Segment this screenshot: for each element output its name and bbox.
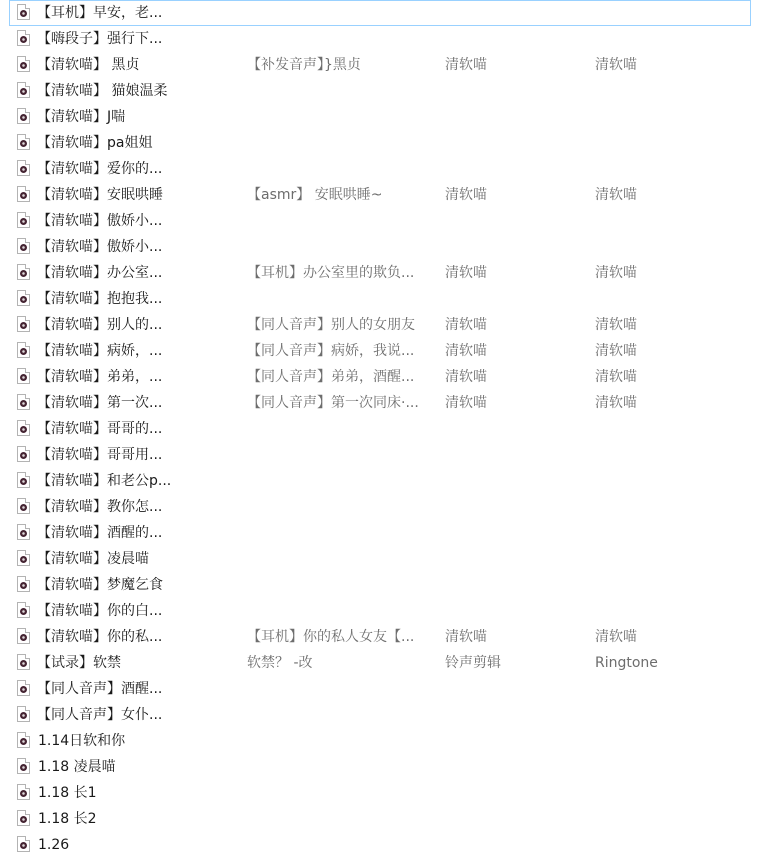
disc-icon <box>20 374 27 381</box>
file-row[interactable]: 【清软喵】你的私...【耳机】你的私人女友【...清软喵清软喵 <box>0 624 764 650</box>
file-name: 1.18 长2 <box>38 810 97 828</box>
file-row[interactable]: 【清软喵】酒醒的... <box>0 520 764 546</box>
audio-file-icon <box>17 394 30 410</box>
audio-file-icon <box>17 290 30 306</box>
file-name: 【清软喵】第一次... <box>37 394 162 412</box>
audio-file-icon <box>17 446 30 462</box>
file-row[interactable]: 【清软喵】傲娇小... <box>0 234 764 260</box>
file-name: 1.26 <box>38 836 69 854</box>
file-title: 软禁？ -改 <box>247 654 313 672</box>
file-row[interactable]: 【清软喵】傲娇小... <box>0 208 764 234</box>
file-name: 1.18 长1 <box>38 784 97 802</box>
disc-icon <box>20 244 27 251</box>
disc-icon <box>20 218 27 225</box>
audio-file-icon <box>17 810 30 826</box>
disc-icon <box>20 36 27 43</box>
file-name: 【清软喵】你的私... <box>37 628 162 646</box>
disc-icon <box>20 712 27 719</box>
audio-file-icon <box>17 680 30 696</box>
file-album: 清软喵 <box>595 394 637 412</box>
audio-file-icon <box>17 706 30 722</box>
file-name: 【清软喵】抱抱我... <box>37 290 162 308</box>
audio-file-icon <box>17 654 30 670</box>
file-row[interactable]: 【嗨段子】强行下... <box>0 26 764 52</box>
audio-file-icon <box>17 160 30 176</box>
file-row[interactable]: 【清软喵】你的白... <box>0 598 764 624</box>
file-album: 清软喵 <box>595 316 637 334</box>
audio-file-icon <box>17 134 30 150</box>
audio-file-icon <box>17 186 30 202</box>
file-row[interactable]: 【同人音声】酒醒... <box>0 676 764 702</box>
file-artist: 清软喵 <box>445 394 487 412</box>
disc-icon <box>20 114 27 121</box>
file-row[interactable]: 1.18 长2 <box>0 806 764 832</box>
file-name: 【清软喵】办公室... <box>37 264 162 282</box>
disc-icon <box>20 322 27 329</box>
file-row[interactable]: 【清软喵】爱你的... <box>0 156 764 182</box>
file-name: 【清软喵】别人的... <box>37 316 162 334</box>
disc-icon <box>20 686 27 693</box>
file-name: 【清软喵】pa姐姐 <box>37 134 152 152</box>
file-album: 清软喵 <box>595 56 637 74</box>
audio-file-icon <box>17 576 30 592</box>
file-row[interactable]: 【清软喵】安眠哄睡【asmr】 安眠哄睡~清软喵清软喵 <box>0 182 764 208</box>
audio-file-icon <box>17 550 30 566</box>
file-name: 【嗨段子】强行下... <box>37 30 162 48</box>
file-title: 【耳机】办公室里的欺负... <box>247 264 414 282</box>
file-name: 【清软喵】教你怎... <box>37 498 162 516</box>
file-artist: 铃声剪辑 <box>445 654 501 672</box>
file-row[interactable]: 【试录】软禁软禁？ -改铃声剪辑Ringtone <box>0 650 764 676</box>
file-row[interactable]: 1.18 长1 <box>0 780 764 806</box>
file-row[interactable]: 【清软喵】哥哥的... <box>0 416 764 442</box>
audio-file-icon <box>17 30 30 46</box>
disc-icon <box>20 790 27 797</box>
disc-icon <box>20 62 27 69</box>
audio-file-icon <box>17 784 30 800</box>
file-name: 【清软喵】安眠哄睡 <box>37 186 163 204</box>
file-row[interactable]: 【清软喵】办公室...【耳机】办公室里的欺负...清软喵清软喵 <box>0 260 764 286</box>
disc-icon <box>20 270 27 277</box>
file-row[interactable]: 【清软喵】 黑贞【补发音声】}黑贞清软喵清软喵 <box>0 52 764 78</box>
disc-icon <box>20 88 27 95</box>
disc-icon <box>20 504 27 511</box>
audio-file-icon <box>17 420 30 436</box>
file-artist: 清软喵 <box>445 186 487 204</box>
file-row[interactable]: 【清软喵】哥哥用... <box>0 442 764 468</box>
audio-file-icon <box>17 836 30 852</box>
file-name: 【清软喵】哥哥的... <box>37 420 162 438</box>
disc-icon <box>20 140 27 147</box>
audio-file-icon <box>17 316 30 332</box>
file-album: 清软喵 <box>595 628 637 646</box>
file-name: 【试录】软禁 <box>37 654 121 672</box>
disc-icon <box>20 660 27 667</box>
audio-file-icon <box>17 238 30 254</box>
audio-file-icon <box>17 108 30 124</box>
file-name: 【耳机】早安，老... <box>37 4 162 22</box>
file-artist: 清软喵 <box>445 316 487 334</box>
file-name: 【清软喵】酒醒的... <box>37 524 162 542</box>
file-name: 【清软喵】哥哥用... <box>37 446 162 464</box>
file-row[interactable]: 【清软喵】第一次...【同人音声】第一次同床·...清软喵清软喵 <box>0 390 764 416</box>
disc-icon <box>20 478 27 485</box>
file-row[interactable]: 【清软喵】 猫娘温柔 <box>0 78 764 104</box>
audio-file-icon <box>17 56 30 72</box>
file-title: 【同人音声】别人的女朋友 <box>247 316 415 334</box>
disc-icon <box>20 530 27 537</box>
file-title: 【同人音声】第一次同床·... <box>247 394 419 412</box>
file-row[interactable]: 1.18 凌晨喵 <box>0 754 764 780</box>
file-title: 【补发音声】}黑贞 <box>247 56 361 74</box>
file-title: 【同人音声】病娇，我说... <box>247 342 414 360</box>
file-name: 【清软喵】J喘 <box>37 108 125 126</box>
file-row[interactable]: 【清软喵】弟弟，...【同人音声】弟弟，酒醒...清软喵清软喵 <box>0 364 764 390</box>
file-album: Ringtone <box>595 654 658 672</box>
file-artist: 清软喵 <box>445 368 487 386</box>
disc-icon <box>20 764 27 771</box>
disc-icon <box>20 10 27 17</box>
audio-file-icon <box>17 498 30 514</box>
file-name: 【清软喵】傲娇小... <box>37 238 162 256</box>
disc-icon <box>20 634 27 641</box>
file-row[interactable]: 【清软喵】教你怎... <box>0 494 764 520</box>
audio-file-icon <box>17 758 30 774</box>
file-row[interactable]: 【同人音声】女仆... <box>0 702 764 728</box>
audio-file-icon <box>17 4 30 20</box>
file-album: 清软喵 <box>595 264 637 282</box>
file-name: 【清软喵】 猫娘温柔 <box>37 82 167 100</box>
file-row[interactable]: 1.26 <box>0 832 764 858</box>
file-title: 【asmr】 安眠哄睡~ <box>247 186 382 204</box>
file-album: 清软喵 <box>595 186 637 204</box>
disc-icon <box>20 348 27 355</box>
file-name: 【清软喵】凌晨喵 <box>37 550 149 568</box>
file-row[interactable]: 【清软喵】pa姐姐 <box>0 130 764 156</box>
audio-file-icon <box>17 524 30 540</box>
file-name: 【清软喵】病娇，... <box>37 342 162 360</box>
file-row[interactable]: 【清软喵】别人的...【同人音声】别人的女朋友清软喵清软喵 <box>0 312 764 338</box>
disc-icon <box>20 400 27 407</box>
file-row[interactable]: 【清软喵】J喘 <box>0 104 764 130</box>
file-name: 1.18 凌晨喵 <box>38 758 116 776</box>
audio-file-icon <box>17 732 30 748</box>
audio-file-icon <box>17 212 30 228</box>
file-row[interactable]: 【耳机】早安，老... <box>9 0 751 26</box>
file-row[interactable]: 1.14日软和你 <box>0 728 764 754</box>
audio-file-icon <box>17 472 30 488</box>
file-name: 【同人音声】酒醒... <box>37 680 162 698</box>
file-name: 【清软喵】爱你的... <box>37 160 162 178</box>
disc-icon <box>20 582 27 589</box>
file-row[interactable]: 【清软喵】和老公p... <box>0 468 764 494</box>
disc-icon <box>20 738 27 745</box>
file-name: 【清软喵】你的白... <box>37 602 162 620</box>
disc-icon <box>20 842 27 849</box>
file-artist: 清软喵 <box>445 628 487 646</box>
disc-icon <box>20 816 27 823</box>
file-artist: 清软喵 <box>445 264 487 282</box>
audio-file-icon <box>17 368 30 384</box>
file-row[interactable]: 【清软喵】梦魔乞食 <box>0 572 764 598</box>
file-album: 清软喵 <box>595 368 637 386</box>
file-name: 【同人音声】女仆... <box>37 706 162 724</box>
file-name: 1.14日软和你 <box>38 732 125 750</box>
disc-icon <box>20 192 27 199</box>
file-album: 清软喵 <box>595 342 637 360</box>
disc-icon <box>20 452 27 459</box>
audio-file-icon <box>17 628 30 644</box>
file-title: 【同人音声】弟弟，酒醒... <box>247 368 414 386</box>
file-artist: 清软喵 <box>445 56 487 74</box>
disc-icon <box>20 296 27 303</box>
file-row[interactable]: 【清软喵】抱抱我... <box>0 286 764 312</box>
file-row[interactable]: 【清软喵】凌晨喵 <box>0 546 764 572</box>
file-list: 【耳机】早安，老...【嗨段子】强行下...【清软喵】 黑贞【补发音声】}黑贞清… <box>0 0 764 858</box>
audio-file-icon <box>17 82 30 98</box>
file-row[interactable]: 【清软喵】病娇，...【同人音声】病娇，我说...清软喵清软喵 <box>0 338 764 364</box>
disc-icon <box>20 556 27 563</box>
audio-file-icon <box>17 264 30 280</box>
file-artist: 清软喵 <box>445 342 487 360</box>
file-name: 【清软喵】傲娇小... <box>37 212 162 230</box>
disc-icon <box>20 426 27 433</box>
file-name: 【清软喵】弟弟，... <box>37 368 162 386</box>
audio-file-icon <box>17 602 30 618</box>
disc-icon <box>20 608 27 615</box>
audio-file-icon <box>17 342 30 358</box>
file-name: 【清软喵】和老公p... <box>37 472 171 490</box>
file-name: 【清软喵】梦魔乞食 <box>37 576 163 594</box>
file-title: 【耳机】你的私人女友【... <box>247 628 414 646</box>
disc-icon <box>20 166 27 173</box>
file-name: 【清软喵】 黑贞 <box>37 56 139 74</box>
